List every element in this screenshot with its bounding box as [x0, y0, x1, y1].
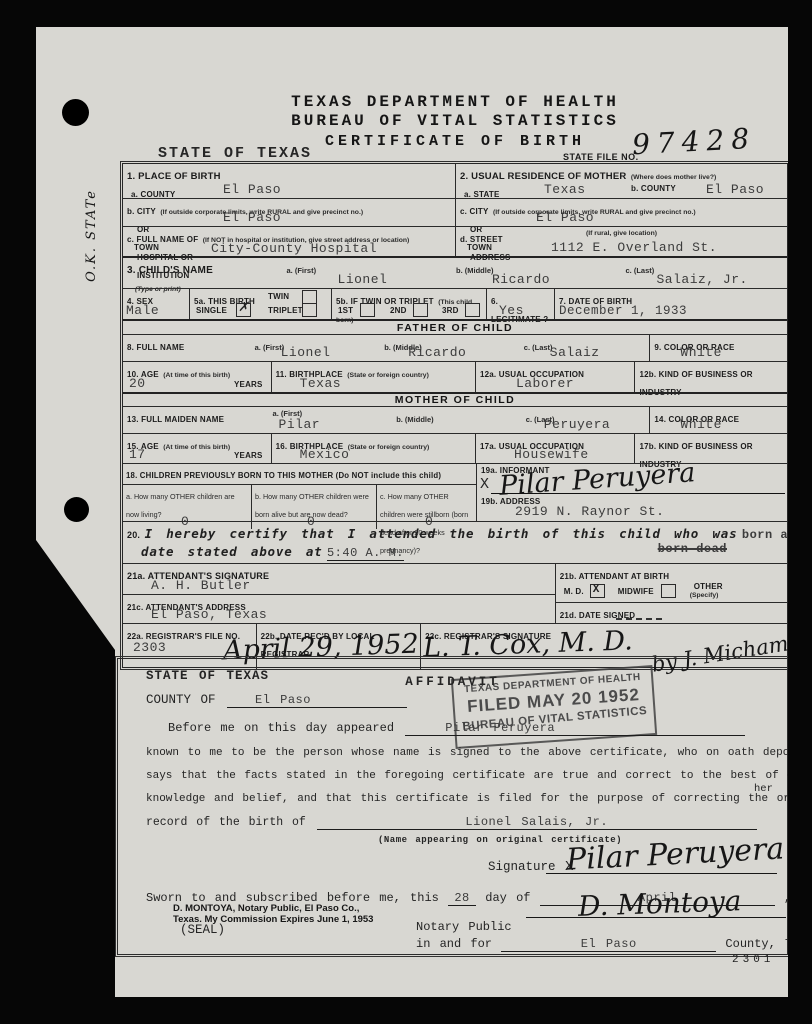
street-label-1: d. STREET: [460, 235, 503, 244]
child-first-label: a. (First): [287, 266, 317, 275]
state-value: Texas: [544, 182, 586, 197]
mother-name-label: 13. FULL MAIDEN NAME: [127, 415, 224, 424]
row-child-name: 3. CHILD'S NAME (Type or print) a. (Firs…: [123, 256, 787, 288]
affidavit-body-4: record of the birth of Lionel Salais, Jr…: [146, 815, 779, 830]
other-label: OTHER: [694, 582, 723, 591]
second-born-checkbox: [413, 303, 428, 317]
mother-age-value: 17: [129, 447, 146, 462]
twin-label: TWIN: [268, 292, 289, 301]
father-first-cell: a. (First) Lionel: [251, 335, 381, 361]
father-age-hint: (At time of this birth): [163, 372, 230, 379]
child-first-cell: a. (First) Lionel: [283, 258, 452, 288]
father-last-value: Salaiz: [550, 345, 600, 360]
affidavit-body-3: knowledge and belief, and that this cert…: [146, 793, 812, 805]
child-last-value: Salaiz, Jr.: [656, 272, 747, 287]
mother-first-value: Pilar: [279, 417, 321, 432]
affiant-signature-line: [546, 873, 777, 874]
city-value: El Paso: [223, 210, 281, 225]
res-city-value: El Paso: [536, 210, 594, 225]
mother-occ-value: Housewife: [514, 447, 589, 462]
seal-label: (SEAL): [180, 923, 225, 937]
row-sex-birth: 4. SEX Male 5a. THIS BIRTH TWIN SINGLE ✗…: [123, 288, 787, 319]
file-no-label: STATE FILE NO.: [563, 152, 639, 162]
midwife-checkbox: [661, 584, 676, 598]
residence-title: 2. USUAL RESIDENCE OF MOTHER: [460, 171, 626, 182]
certificate-paper: O.K. STATe TEXAS DEPARTMENT OF HEALTH BU…: [36, 27, 788, 997]
mother-bp-hint: (State or foreign country): [348, 444, 430, 451]
hole-punch-bottom: [64, 497, 89, 522]
previous-children-cell: 18. CHILDREN PREVIOUSLY BORN TO THIS MOT…: [123, 464, 476, 521]
child-middle-cell: b. (Middle) Ricardo: [452, 258, 621, 288]
father-last-label: c. (Last): [524, 343, 553, 352]
certify-text-1: I hereby certify that I attended the bir…: [145, 526, 738, 541]
residence-hint: (Where does mother live?): [631, 174, 716, 181]
attendant-left-cell: 21a. ATTENDANT'S SIGNATURE A. H. Butler …: [123, 564, 555, 623]
row-certification: 20. I hereby certify that I attended the…: [123, 521, 787, 563]
hole-punch-top: [62, 99, 89, 126]
father-band: FATHER OF CHILD: [123, 319, 787, 334]
county-texas-text: County, Texas: [725, 937, 812, 951]
child-name-label-cell: 3. CHILD'S NAME (Type or print): [123, 258, 283, 288]
legitimate-value: Yes: [499, 303, 524, 318]
mother-age-hint: (At time of this birth): [163, 444, 230, 451]
child-last-label: c. (Last): [625, 266, 654, 275]
mother-age-years: YEARS: [234, 451, 263, 460]
his-struck: his: [787, 770, 807, 782]
mother-age-cell: 15. AGE (At time of this birth) 17 YEARS: [123, 434, 271, 463]
father-occ-value: Laborer: [516, 376, 574, 391]
father-birthplace-cell: 11. BIRTHPLACE (State or foreign country…: [271, 362, 475, 392]
notary-public-label: Notary Public: [416, 920, 512, 934]
date-signed-blank: [616, 612, 662, 620]
notary-county-blank: El Paso: [501, 937, 716, 952]
md-check-mark: X: [593, 584, 600, 596]
first-born-checkbox: [360, 303, 375, 317]
county-of-text: COUNTY OF: [146, 693, 216, 707]
row-mother-name: 13. FULL MAIDEN NAME a. (First) Pilar b.…: [123, 406, 787, 433]
mother-last-cell: c. (Last) Peruyera: [522, 407, 650, 433]
header-state: STATE OF TEXAS: [158, 145, 312, 162]
single-label: SINGLE: [196, 306, 227, 315]
triplet-label: TRIPLET: [268, 306, 303, 315]
file-no-value: 97428: [631, 122, 757, 161]
section-place-of-birth: 1. PLACE OF BIRTH a. COUNTY El Paso b. C…: [123, 164, 455, 256]
midwife-label: MIDWIFE: [618, 587, 654, 596]
certificate-table: 1. PLACE OF BIRTH a. COUNTY El Paso b. C…: [122, 163, 788, 668]
mother-occupation-cell: 17a. USUAL OCCUPATION Housewife: [475, 434, 635, 463]
sex-cell: 4. SEX Male: [123, 289, 189, 319]
father-name-label-cell: 8. FULL NAME: [123, 335, 251, 361]
notary-signature-line: [526, 917, 786, 918]
child-middle-value: Ricardo: [492, 272, 550, 287]
father-age-years: YEARS: [234, 380, 263, 389]
in-and-for-text: in and for: [416, 937, 492, 951]
attendant-at-birth-label: 21b. ATTENDANT AT BIRTH: [560, 572, 669, 581]
mother-middle-cell: b. (Middle): [392, 407, 522, 433]
attendant-right-cell: 21b. ATTENDANT AT BIRTH M. D. X MIDWIFE …: [555, 564, 787, 623]
certify-text-3: date stated above at: [141, 544, 323, 559]
child-middle-label: b. (Middle): [456, 266, 494, 275]
affidavit-body-1: known to me to be the person whose name …: [146, 747, 812, 759]
attendant-signature-value: A. H. Butler: [151, 578, 251, 593]
informant-x-mark: X: [480, 476, 489, 493]
appeared-name: Pilar Peruyera: [445, 721, 555, 735]
notary-stamp-line-1: D. MONTOYA, Notary Public, El Paso Co.,: [173, 903, 373, 914]
page-code: 2301: [732, 954, 774, 966]
twin-triplet-cell: 5b. IF TWIN OR TRIPLET (This child born)…: [331, 289, 486, 319]
attendant-address-value: El Paso, Texas: [151, 607, 267, 622]
dob-cell: 7. DATE OF BIRTH December 1, 1933: [554, 289, 703, 319]
body-2-text: says that the facts stated in the forego…: [146, 770, 779, 782]
street-value: 1112 E. Overland St.: [551, 240, 717, 255]
notary-stamp: D. MONTOYA, Notary Public, El Paso Co., …: [173, 903, 373, 925]
res-county-value: El Paso: [706, 182, 764, 197]
street-hint: (If rural, give location): [586, 230, 657, 237]
certify-born-dead-struck: born dead: [658, 542, 727, 556]
sworn-year-prefix: , 19: [784, 891, 812, 905]
registrar-file-value: 2303: [133, 640, 166, 655]
informant-cell: 19a. INFORMANT X Pilar Peruyera 19b. ADD…: [476, 464, 787, 521]
affidavit-county-label: COUNTY OF El Paso: [146, 693, 407, 708]
father-race-value: White: [680, 345, 722, 360]
md-checkbox: X: [590, 584, 605, 598]
hospital-label-1: c. FULL NAME OF: [127, 235, 198, 244]
appeared-name-line: Pilar Peruyera: [405, 721, 745, 736]
affidavit-title: AFFIDAVIT: [118, 675, 787, 689]
body-4-text: record of the birth of: [146, 816, 306, 829]
res-county-label: b. COUNTY: [631, 184, 676, 193]
father-age-value: 20: [129, 376, 146, 391]
mother-race-cell: 14. COLOR OR RACE White: [649, 407, 787, 433]
notary-county-value: El Paso: [581, 937, 637, 951]
father-race-cell: 9. COLOR OR RACE White: [649, 335, 787, 361]
margin-note: O.K. STATe: [84, 189, 99, 282]
mother-first-cell: a. (First) Pilar: [273, 407, 393, 433]
signature-label: Signature: [488, 860, 556, 874]
single-check-mark: ✗: [238, 300, 249, 315]
mother-name-label-cell: 13. FULL MAIDEN NAME: [123, 407, 273, 433]
single-checkbox: ✗: [236, 303, 251, 317]
triplet-checkbox: [302, 303, 317, 317]
mother-middle-label: b. (Middle): [396, 415, 434, 424]
father-middle-value: Ricardo: [408, 345, 466, 360]
third-born-checkbox: [465, 303, 480, 317]
mother-last-value: Peruyera: [544, 417, 610, 432]
informant-signature-line: [491, 493, 785, 494]
county-of-value-line: El Paso: [227, 693, 407, 708]
father-first-value: Lionel: [281, 345, 331, 360]
notary-county-line: in and for El Paso County, Texas: [416, 937, 779, 952]
child-name-label: 3. CHILD'S NAME: [127, 265, 213, 276]
res-city-hint: (If outside corporate limits, write RURA…: [493, 209, 696, 216]
father-middle-cell: b. (Middle) Ricardo: [380, 335, 520, 361]
informant-signature: Pilar Peruyera: [498, 457, 696, 502]
mother-race-value: White: [680, 417, 722, 432]
certify-time: 5:40 A. M.: [327, 546, 404, 561]
this-birth-cell: 5a. THIS BIRTH TWIN SINGLE ✗ TRIPLET: [189, 289, 331, 319]
twin-checkbox: [302, 290, 317, 304]
certify-num: 20.: [127, 530, 140, 540]
father-name-label: 8. FULL NAME: [127, 343, 184, 352]
original-name: Lionel Salais, Jr.: [465, 815, 608, 830]
affidavit-body-2: says that the facts stated in the forego…: [146, 770, 807, 782]
father-age-cell: 10. AGE (At time of this birth) 20 YEARS: [123, 362, 271, 392]
child-first-value: Lionel: [338, 272, 388, 287]
place-title: 1. PLACE OF BIRTH: [127, 171, 221, 182]
sworn-day-line: 28: [448, 891, 476, 906]
section-residence: 2. USUAL RESIDENCE OF MOTHER (Where does…: [455, 164, 787, 256]
original-name-line: Lionel Salais, Jr.: [317, 815, 757, 830]
mother-band: MOTHER OF CHILD: [123, 392, 787, 406]
previous-children-title: 18. CHILDREN PREVIOUSLY BORN TO THIS MOT…: [126, 471, 441, 480]
row-place-residence: 1. PLACE OF BIRTH a. COUNTY El Paso b. C…: [123, 164, 787, 256]
md-label: M. D.: [564, 587, 584, 596]
father-last-cell: c. (Last) Salaiz: [520, 335, 650, 361]
res-city-label: c. CITY: [460, 207, 489, 216]
county-of-value: El Paso: [255, 693, 311, 707]
third-born-label: 3RD: [442, 306, 459, 315]
county-value: El Paso: [223, 182, 281, 197]
row-father-details: 10. AGE (At time of this birth) 20 YEARS…: [123, 361, 787, 392]
dob-value: December 1, 1933: [559, 304, 687, 318]
certification-cell: 20. I hereby certify that I attended the…: [123, 522, 787, 563]
row-attendant: 21a. ATTENDANT'S SIGNATURE A. H. Butler …: [123, 563, 787, 623]
sworn-text-2: day of: [485, 891, 530, 905]
hospital-value: City-County Hospital: [211, 241, 377, 256]
row-children-informant: 18. CHILDREN PREVIOUSLY BORN TO THIS MOT…: [123, 463, 787, 521]
legitimate-cell: 6. LEGITIMATE ? Yes: [486, 289, 554, 319]
sworn-day: 28: [454, 891, 469, 905]
first-born-label: 1ST: [338, 306, 353, 315]
father-industry-cell: 12b. KIND OF BUSINESS OR INDUSTRY: [634, 362, 787, 392]
father-bp-hint: (State or foreign country): [347, 372, 429, 379]
affidavit-appeared-line: Before me on this day appeared Pilar Per…: [146, 721, 779, 736]
child-last-cell: c. (Last) Salaiz, Jr.: [621, 258, 787, 288]
header-department: TEXAS DEPARTMENT OF HEALTH: [122, 93, 788, 111]
father-bp-value: Texas: [300, 376, 342, 391]
sex-value: Male: [126, 303, 159, 318]
other-hint: (Specify): [690, 592, 719, 599]
row-father-name: 8. FULL NAME a. (First) Lionel b. (Middl…: [123, 334, 787, 361]
second-born-label: 2ND: [390, 306, 407, 315]
mother-bp-value: Mexico: [300, 447, 350, 462]
certify-born-alive: born alive: [742, 528, 812, 542]
informant-address-value: 2919 N. Raynor St.: [515, 504, 664, 519]
appeared-text: Before me on this day appeared: [168, 721, 394, 735]
city-label: b. CITY: [127, 207, 156, 216]
mother-industry-cell: 17b. KIND OF BUSINESS OR INDUSTRY: [634, 434, 787, 463]
affidavit-box: STATE OF TEXAS AFFIDAVIT COUNTY OF El Pa…: [117, 658, 788, 955]
father-occupation-cell: 12a. USUAL OCCUPATION Laborer: [475, 362, 635, 392]
mother-birthplace-cell: 16. BIRTHPLACE (State or foreign country…: [271, 434, 475, 463]
